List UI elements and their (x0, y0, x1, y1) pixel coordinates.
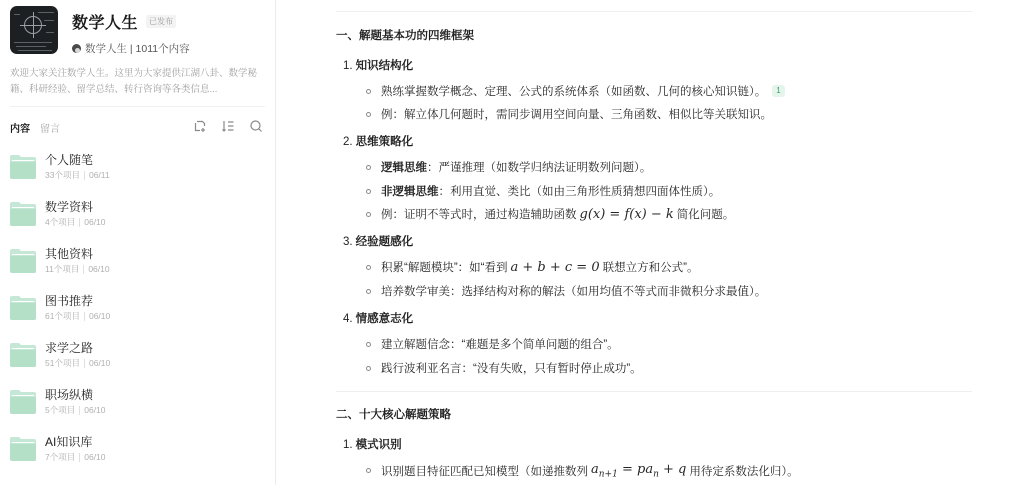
bullet-icon (366, 212, 371, 217)
folder-count: 5个项目 (45, 404, 75, 416)
search-icon[interactable] (249, 119, 263, 133)
folder-icon (9, 342, 37, 368)
add-folder-icon[interactable] (193, 119, 207, 133)
citation-badge[interactable]: 1 (772, 85, 784, 97)
list-item: 积累“解题模块”：如“看到a + b + c = 0联想立方和公式”。 (366, 259, 698, 275)
folder-item[interactable]: 数学资料 4个项目06/10 (9, 199, 110, 246)
bullet-icon (366, 342, 371, 347)
bullet-icon (366, 189, 371, 194)
folder-item[interactable]: 其他资料 11个项目06/10 (9, 246, 110, 293)
section-divider (336, 391, 972, 392)
subsection-heading: 1.模式识别 (343, 436, 402, 452)
folder-icon (9, 295, 37, 321)
folder-name: 数学资料 (45, 199, 106, 215)
folder-count: 51个项目 (45, 357, 80, 369)
subsection-heading: 1.知识结构化 (343, 57, 413, 73)
list-item: 逻辑思维：严谨推理（如数学归纳法证明数列问题）。 (366, 159, 651, 175)
folder-item[interactable]: 求学之路 51个项目06/10 (9, 340, 110, 387)
bullet-icon (366, 468, 371, 473)
list-item: 熟练掌握数学概念、定理、公式的系统体系（如函数、几何的核心知识链）。1 (366, 83, 785, 99)
folder-icon (9, 436, 37, 462)
math-formula: g(x) = f(x) − k (580, 207, 674, 222)
section-heading: 一、解题基本功的四维框架 (336, 27, 474, 43)
status-badge: 已发布 (146, 15, 176, 28)
folder-date: 06/10 (89, 311, 110, 321)
folder-name: AI知识库 (45, 434, 106, 450)
section-heading: 二、十大核心解题策略 (336, 406, 451, 422)
sidebar-toolbar (193, 119, 277, 133)
folder-name: 其他资料 (45, 246, 110, 262)
bullet-icon (366, 289, 371, 294)
folder-item[interactable]: 个人随笔 33个项目06/11 (9, 152, 110, 199)
folder-date: 06/10 (84, 452, 105, 462)
bullet-icon (366, 366, 371, 371)
bullet-icon (366, 165, 371, 170)
list-item: 建立解题信念：“难题是多个简单问题的组合”。 (366, 336, 619, 352)
folder-date: 06/10 (88, 264, 109, 274)
channel-profile: 数学人生 已发布 数学人生 | 1011个内容 (10, 6, 190, 56)
sort-icon[interactable] (221, 119, 235, 133)
bullet-icon (366, 89, 371, 94)
folder-name: 个人随笔 (45, 152, 110, 168)
list-item: 培养数学审美：选择结构对称的解法（如用均值不等式而非微积分求最值）。 (366, 283, 766, 299)
channel-description: 欢迎大家关注数学人生。这里为大家提供江湖八卦、数学秘籍、科研经验、留学总结、转行… (10, 66, 265, 98)
divider (10, 106, 265, 107)
list-item: 非逻辑思维：利用直觉、类比（如由三角形性质猜想四面体性质）。 (366, 183, 720, 199)
article-content: 一、解题基本功的四维框架 1.知识结构化 熟练掌握数学概念、定理、公式的系统体系… (320, 0, 1023, 485)
folder-name: 图书推荐 (45, 293, 110, 309)
list-item: 例：解立体几何题时，需同步调用空间向量、三角函数、相似比等关联知识。 (366, 106, 772, 122)
folder-count: 7个项目 (45, 451, 75, 463)
tab-comments[interactable]: 留言 (40, 120, 60, 135)
folder-name: 求学之路 (45, 340, 110, 356)
subsection-heading: 2.思维策略化 (343, 133, 413, 149)
bullet-icon (366, 112, 371, 117)
folder-date: 06/10 (89, 358, 110, 368)
channel-title: 数学人生 (72, 10, 138, 33)
folder-item[interactable]: 职场纵横 5个项目06/10 (9, 387, 110, 434)
folder-icon (9, 389, 37, 415)
folder-icon (9, 154, 37, 180)
sidebar-tabs: 内容 留言 (10, 120, 70, 135)
folder-date: 06/10 (84, 405, 105, 415)
channel-avatar[interactable] (10, 6, 58, 54)
bullet-icon (366, 265, 371, 270)
math-formula: a + b + c = 0 (511, 260, 600, 275)
folder-count: 11个项目 (45, 263, 79, 275)
subsection-heading: 4.情感意志化 (343, 310, 413, 326)
folder-date: 06/11 (89, 170, 110, 180)
list-item: 例：证明不等式时，通过构造辅助函数g(x) = f(x) − k简化问题。 (366, 206, 734, 222)
folder-count: 4个项目 (45, 216, 75, 228)
list-item: 识别题目特征匹配已知模型（如递推数列an+1 = pan + q用待定系数法化归… (366, 462, 799, 480)
folder-icon (9, 201, 37, 227)
owner-info[interactable]: 数学人生 | 1011个内容 (85, 41, 190, 56)
folder-date: 06/10 (84, 217, 105, 227)
folder-count: 33个项目 (45, 169, 80, 181)
math-formula: an+1 = pan + q (591, 462, 686, 480)
tab-content[interactable]: 内容 (10, 120, 30, 135)
owner-avatar-icon (72, 44, 81, 53)
folder-list: 个人随笔 33个项目06/11 数学资料 4个项目06/10 其他资料 11个项… (9, 152, 110, 481)
folder-item[interactable]: 图书推荐 61个项目06/10 (9, 293, 110, 340)
section-divider (336, 11, 972, 12)
folder-name: 职场纵横 (45, 387, 106, 403)
list-item: 践行波利亚名言：“没有失败，只有暂时停止成功”。 (366, 360, 642, 376)
subsection-heading: 3.经验题感化 (343, 233, 413, 249)
sidebar: 数学人生 已发布 数学人生 | 1011个内容 欢迎大家关注数学人生。这里为大家… (0, 0, 276, 485)
folder-icon (9, 248, 37, 274)
folder-item[interactable]: AI知识库 7个项目06/10 (9, 434, 110, 481)
folder-count: 61个项目 (45, 310, 80, 322)
